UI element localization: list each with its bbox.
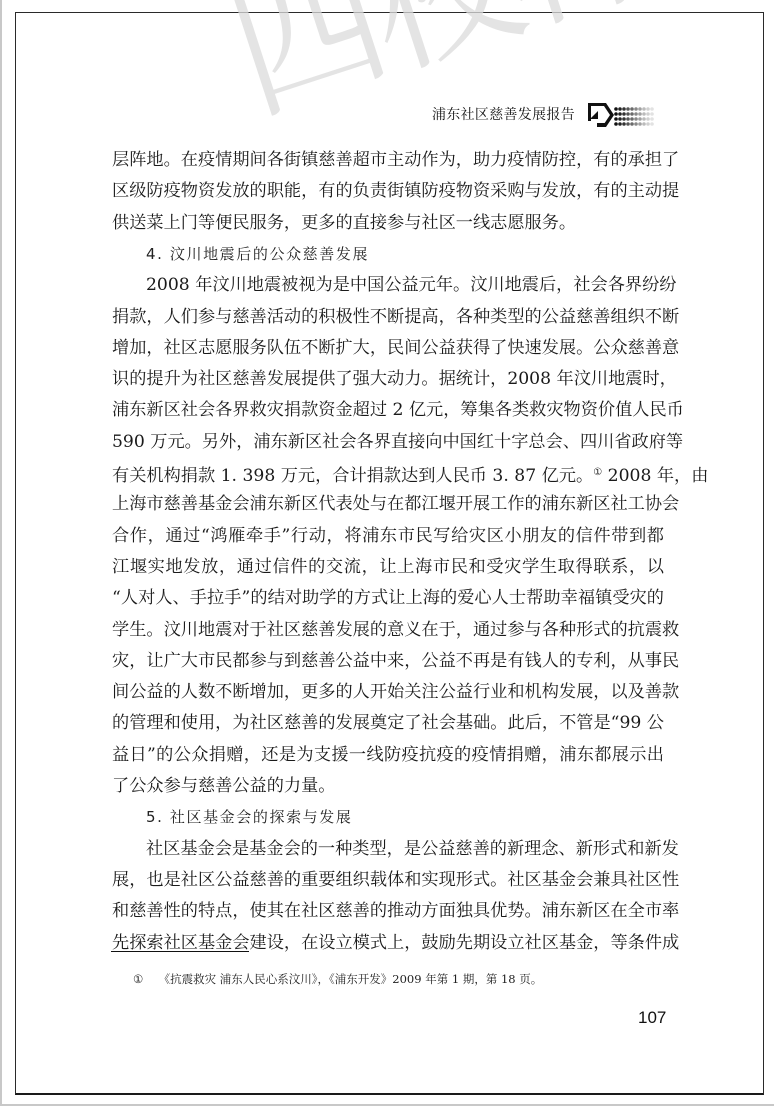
footnote-marker: ①: [133, 972, 143, 986]
paragraph-line: 识的提升为社区慈善发展提供了强大动力。据统计，2008 年汶川地震时，: [112, 368, 664, 390]
paragraph-line: 的管理和使用，为社区慈善的发展奠定了社会基础。此后，不管是“99 公: [112, 712, 664, 734]
footnote-divider: [111, 951, 249, 952]
paragraph-line: 江堰实地发放，通过信件的交流，让上海市民和受灾学生取得联系，以: [112, 556, 664, 578]
paragraph-line: 浦东新区社会各界救灾捐款资金超过 2 亿元，筹集各类救灾物资价值人民币: [112, 399, 664, 421]
footnote-text: 《抗震救灾 浦东人民心系汶川》，《浦东开发》2009 年第 1 期，第 18 页…: [159, 972, 543, 986]
paragraph-line: 增加，社区志愿服务队伍不断扩大，民间公益获得了快速发展。公众慈善意: [112, 337, 664, 359]
paragraph-line: 间公益的人数不断增加，更多的人开始关注公益行业和机构发展，以及善款: [112, 681, 664, 703]
paragraph-line: 捐款，人们参与慈善活动的积极性不断提高，各种类型的公益慈善组织不断: [112, 306, 664, 328]
paragraph-line: 和慈善性的特点，使其在社区慈善的推动方面独具优势。浦东新区在全市率: [112, 900, 664, 922]
paragraph-line: 供送菜上门等便民服务，更多的直接参与社区一线志愿服务。: [112, 212, 664, 234]
paragraph-line: 展，也是社区公益慈善的重要组织载体和实现形式。社区基金会兼具社区性: [112, 869, 664, 891]
arrow-dots-logo-icon: [586, 99, 666, 131]
paragraph-line: 益日”的公众捐赠，还是为支援一线防疫抗疫的疫情捐赠，浦东都展示出: [112, 744, 664, 766]
paragraph-line: 层阵地。在疫情期间各街镇慈善超市主动作为，助力疫情防控，有的承担了: [112, 149, 664, 171]
section-heading: 5. 社区基金会的探索与发展: [146, 806, 698, 828]
paragraph-line: 上海市慈善基金会浦东新区代表处与在都江堰开展工作的浦东新区社工协会: [112, 493, 664, 515]
paragraph-line: “人对人、手拉手”的结对助学的方式让上海的爱心人士帮助幸福镇受灾的: [112, 587, 664, 609]
paragraph-line: 灾，让广大市民都参与到慈善公益中来，公益不再是有钱人的专利，从事民: [112, 650, 664, 672]
paragraph-line: 了公众参与慈善公益的力量。: [112, 775, 664, 797]
paragraph-line: 学生。汶川地震对于社区慈善发展的意义在于，通过参与各种形式的抗震救: [112, 619, 664, 641]
page-number: 107: [638, 1008, 666, 1028]
footnote-reference[interactable]: ①: [593, 467, 602, 478]
running-header-title: 浦东社区慈善发展报告: [432, 104, 575, 124]
paragraph-line: 合作，通过“鸿雁牵手”行动，将浦东市民写给灾区小朋友的信件带到都: [112, 525, 664, 547]
paragraph-line: 社区基金会是基金会的一种类型，是公益慈善的新理念、新形式和新发: [146, 838, 664, 860]
footnote: ① 《抗震救灾 浦东人民心系汶川》，《浦东开发》2009 年第 1 期，第 18…: [133, 971, 542, 987]
paragraph-line: 590 万元。另外，浦东新区社会各界直接向中国红十字总会、四川省政府等: [112, 431, 664, 453]
section-heading: 4. 汶川地震后的公众慈善发展: [146, 243, 698, 265]
paragraph-line: 有关机构捐款 1. 398 万元，合计捐款达到人民币 3. 87 亿元。① 20…: [112, 462, 664, 487]
paragraph-line: 2008 年汶川地震被视为是中国公益元年。汶川地震后，社会各界纷纷: [146, 274, 664, 296]
paragraph-line: 区级防疫物资发放的职能，有的负责街镇防疫物资采购与发放，有的主动提: [112, 180, 664, 202]
